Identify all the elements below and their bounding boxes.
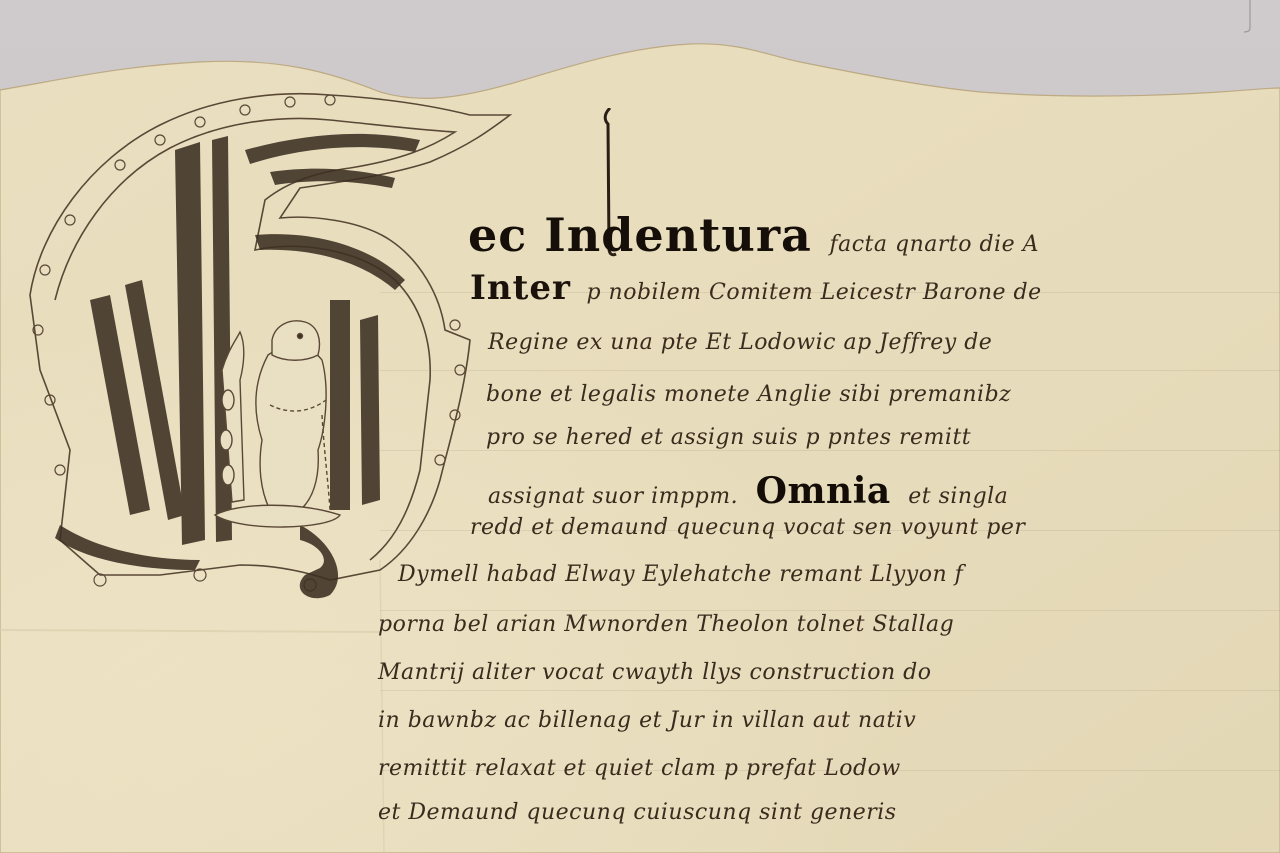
heading-inter: Inter <box>470 268 571 308</box>
line-text: facta qnarto die A <box>829 232 1039 257</box>
ruling-line <box>380 450 1280 451</box>
ruling-line <box>380 610 1280 611</box>
photo-stage: ec Indentura facta qnarto die A Inter p … <box>0 0 1280 853</box>
heading-omnia: Omnia <box>756 470 891 512</box>
text-line-4: bone et legalis monete Anglie sibi prema… <box>486 382 1011 407</box>
text-line-2: Inter p nobilem Comitem Leicestr Barone … <box>470 268 1042 308</box>
line-text: p nobilem Comitem Leicestr Barone de <box>586 280 1041 305</box>
heading-indentura: ec Indentura <box>468 208 812 262</box>
ruling-line <box>380 370 1280 371</box>
text-line-7: redd et demaund quecunq vocat sen voyunt… <box>470 515 1025 540</box>
text-line-8: Dymell habad Elway Eylehatche remant Lly… <box>398 562 963 587</box>
line-text: et singla <box>908 484 1008 509</box>
text-line-9: porna bel arian Mwnorden Theolon tolnet … <box>378 612 954 637</box>
illuminated-initial-h <box>0 70 520 610</box>
ruling-line <box>380 690 1280 691</box>
text-line-6: assignat suor imppm. Omnia et singla <box>488 470 1008 512</box>
text-line-12: remittit relaxat et quiet clam p prefat … <box>378 756 901 781</box>
line-text: assignat suor imppm. <box>488 484 738 509</box>
text-line-13: et Demaund quecunq cuiuscunq sint generi… <box>378 800 897 825</box>
text-line-3: Regine ex una pte Et Lodowic ap Jeffrey … <box>488 330 992 355</box>
text-line-11: in bawnbz ac billenag et Jur in villan a… <box>378 708 916 733</box>
text-line-5: pro se hered et assign suis p pntes remi… <box>486 425 971 450</box>
bear-and-ragged-staff-emblem <box>215 321 340 527</box>
text-line-10: Mantrij aliter vocat cwayth llys constru… <box>378 660 932 685</box>
text-line-1: ec Indentura facta qnarto die A <box>468 208 1039 262</box>
